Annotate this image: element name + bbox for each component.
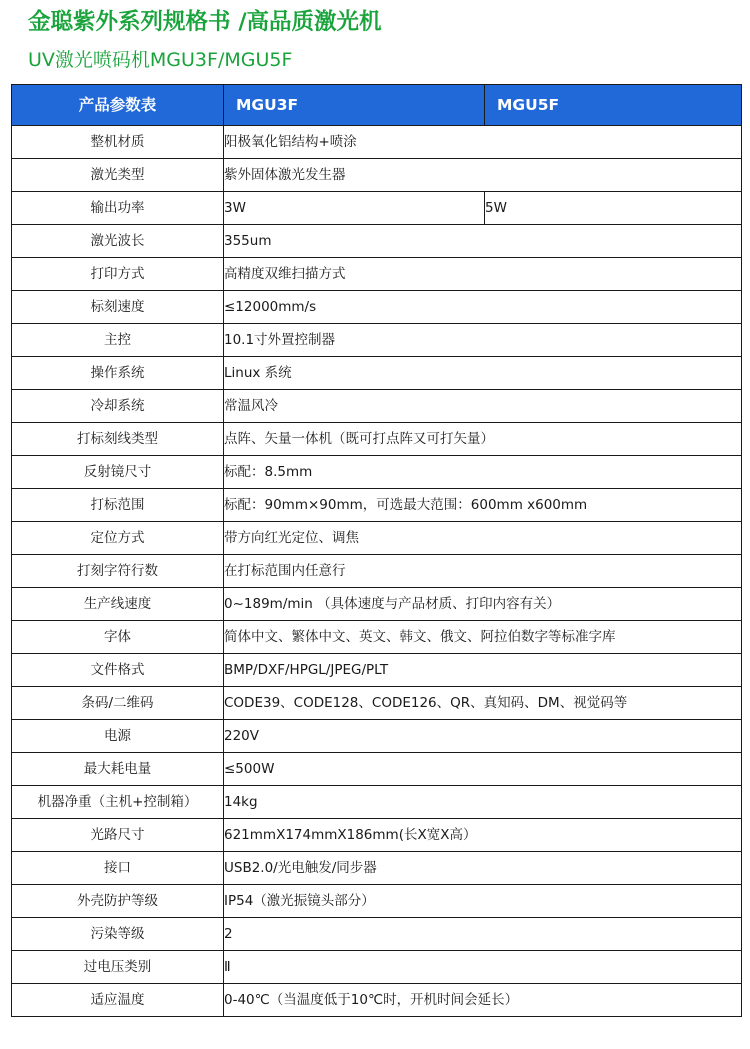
table-row: 过电压类别Ⅱ [12,951,742,984]
param-value: 简体中文、繁体中文、英文、韩文、俄文、阿拉伯数字等标准字库 [224,621,742,654]
table-row: 适应温度0-40℃（当温度低于10℃时，开机时间会延长） [12,984,742,1017]
param-label: 标刻速度 [12,291,224,324]
param-label: 激光波长 [12,225,224,258]
param-value: ≤500W [224,753,742,786]
table-row: 输出功率3W5W [12,192,742,225]
param-value: 高精度双维扫描方式 [224,258,742,291]
param-value: 355um [224,225,742,258]
param-label: 整机材质 [12,126,224,159]
param-value: USB2.0/光电触发/同步器 [224,852,742,885]
column-header-mgu5f: MGU5F [485,85,742,126]
column-header-params: 产品参数表 [12,85,224,126]
table-row: 条码/二维码CODE39、CODE128、CODE126、QR、真知码、DM、视… [12,687,742,720]
param-label: 操作系统 [12,357,224,390]
table-row: 激光类型紫外固体激光发生器 [12,159,742,192]
param-value: 621mmX174mmX186mm(长X宽X高） [224,819,742,852]
param-value: 在打标范围内任意行 [224,555,742,588]
table-row: 字体简体中文、繁体中文、英文、韩文、俄文、阿拉伯数字等标准字库 [12,621,742,654]
spec-table: 产品参数表 MGU3F MGU5F 整机材质阳极氧化铝结构+喷涂激光类型紫外固体… [11,84,742,1017]
table-row: 文件格式BMP/DXF/HPGL/JPEG/PLT [12,654,742,687]
param-label: 污染等级 [12,918,224,951]
table-row: 打标范围标配：90mm×90mm，可选最大范围：600mm x600mm [12,489,742,522]
table-row: 光路尺寸621mmX174mmX186mm(长X宽X高） [12,819,742,852]
param-label: 过电压类别 [12,951,224,984]
param-value: IP54（激光振镜头部分） [224,885,742,918]
param-label: 接口 [12,852,224,885]
param-value: 0~189m/min （具体速度与产品材质、打印内容有关） [224,588,742,621]
table-row: 接口USB2.0/光电触发/同步器 [12,852,742,885]
spec-table-body: 整机材质阳极氧化铝结构+喷涂激光类型紫外固体激光发生器输出功率3W5W激光波长3… [12,126,742,1017]
table-row: 主控10.1寸外置控制器 [12,324,742,357]
param-label: 打标刻线类型 [12,423,224,456]
table-row: 反射镜尺寸标配：8.5mm [12,456,742,489]
param-label: 激光类型 [12,159,224,192]
table-row: 打标刻线类型点阵、矢量一体机（既可打点阵又可打矢量） [12,423,742,456]
param-label: 电源 [12,720,224,753]
page-subtitle: UV激光喷码机MGU3F/MGU5F [28,47,292,73]
table-row: 机器净重（主机+控制箱）14kg [12,786,742,819]
param-value: 标配：90mm×90mm，可选最大范围：600mm x600mm [224,489,742,522]
table-row: 标刻速度≤12000mm/s [12,291,742,324]
column-header-mgu3f: MGU3F [224,85,485,126]
table-row: 污染等级2 [12,918,742,951]
param-label: 机器净重（主机+控制箱） [12,786,224,819]
param-label: 光路尺寸 [12,819,224,852]
param-value: 常温风冷 [224,390,742,423]
param-label: 生产线速度 [12,588,224,621]
table-row: 电源220V [12,720,742,753]
param-value: Linux 系统 [224,357,742,390]
param-value: BMP/DXF/HPGL/JPEG/PLT [224,654,742,687]
param-label: 主控 [12,324,224,357]
param-label: 反射镜尺寸 [12,456,224,489]
param-label: 条码/二维码 [12,687,224,720]
param-label: 输出功率 [12,192,224,225]
param-value: ≤12000mm/s [224,291,742,324]
param-value: 2 [224,918,742,951]
param-value: 220V [224,720,742,753]
table-row: 定位方式带方向红光定位、调焦 [12,522,742,555]
param-value-mgu5f: 5W [485,192,742,225]
table-row: 外壳防护等级IP54（激光振镜头部分） [12,885,742,918]
page-title: 金聪紫外系列规格书 /高品质激光机 [28,7,382,37]
param-label: 打刻字符行数 [12,555,224,588]
table-row: 最大耗电量≤500W [12,753,742,786]
table-row: 打刻字符行数在打标范围内任意行 [12,555,742,588]
param-label: 定位方式 [12,522,224,555]
param-value: 10.1寸外置控制器 [224,324,742,357]
param-label: 外壳防护等级 [12,885,224,918]
param-label: 适应温度 [12,984,224,1017]
param-value: 阳极氧化铝结构+喷涂 [224,126,742,159]
param-value: 0-40℃（当温度低于10℃时，开机时间会延长） [224,984,742,1017]
param-value: 紫外固体激光发生器 [224,159,742,192]
param-value-mgu3f: 3W [224,192,485,225]
param-label: 最大耗电量 [12,753,224,786]
param-value: 点阵、矢量一体机（既可打点阵又可打矢量） [224,423,742,456]
param-label: 文件格式 [12,654,224,687]
param-value: 带方向红光定位、调焦 [224,522,742,555]
param-label: 字体 [12,621,224,654]
table-row: 生产线速度0~189m/min （具体速度与产品材质、打印内容有关） [12,588,742,621]
table-row: 激光波长355um [12,225,742,258]
table-header-row: 产品参数表 MGU3F MGU5F [12,85,742,126]
param-value: 标配：8.5mm [224,456,742,489]
param-value: Ⅱ [224,951,742,984]
table-row: 整机材质阳极氧化铝结构+喷涂 [12,126,742,159]
table-row: 操作系统Linux 系统 [12,357,742,390]
param-value: CODE39、CODE128、CODE126、QR、真知码、DM、视觉码等 [224,687,742,720]
param-value: 14kg [224,786,742,819]
table-row: 打印方式高精度双维扫描方式 [12,258,742,291]
param-label: 打印方式 [12,258,224,291]
param-label: 打标范围 [12,489,224,522]
table-row: 冷却系统常温风冷 [12,390,742,423]
param-label: 冷却系统 [12,390,224,423]
